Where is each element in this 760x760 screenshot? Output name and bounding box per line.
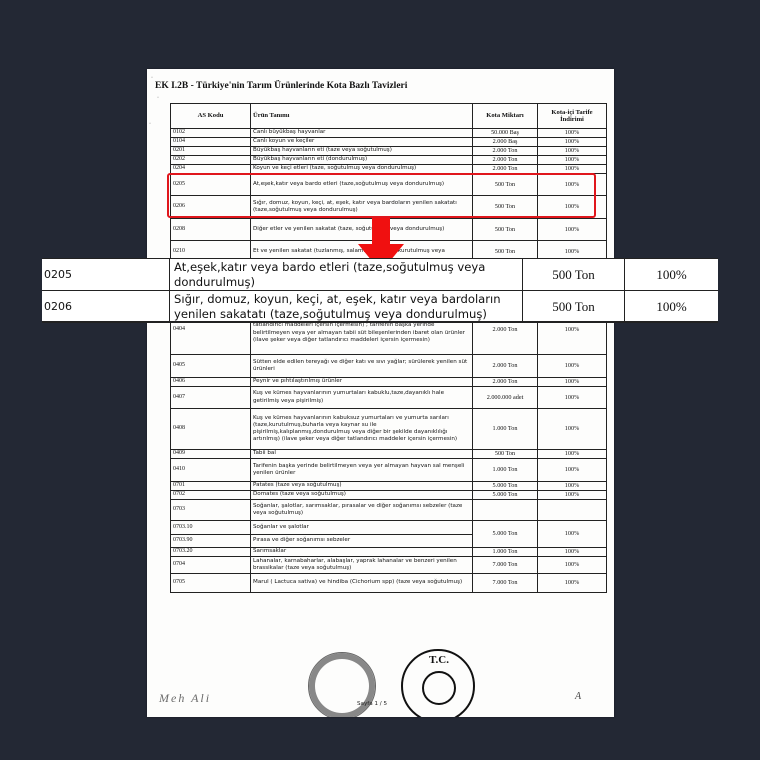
- cell-quota: 1.000 Ton: [473, 548, 538, 557]
- cell-tariff-reduction: 100%: [538, 138, 607, 147]
- page-number: Sayfa 1 / 5: [357, 701, 387, 707]
- table-row: 0406Peynir ve pıhtılaştırılmış ürünler2.…: [171, 378, 607, 387]
- table-body: 0102Canlı büyükbaş hayvanlar50.000 Baş10…: [171, 129, 607, 593]
- cell-product-description: Patates (taze veya soğutulmuş): [251, 482, 473, 491]
- table-row: 0206Sığır, domuz, koyun, keçi, at, eşek,…: [171, 196, 607, 219]
- cell-quota: 2.000 Ton: [473, 378, 538, 387]
- cell-tariff-reduction: 100%: [538, 450, 607, 459]
- cell-as-code: 0204: [171, 165, 251, 174]
- cell-tariff-reduction: 100%: [538, 459, 607, 482]
- quota-table: AS Kodu Ürün Tanımı Kota Miktarı Kota-iç…: [170, 103, 607, 593]
- cell-quota: 5.000 Ton: [473, 521, 538, 548]
- cell-quota: 5.000 Ton: [473, 491, 538, 500]
- cell-quota: 500 Ton: [473, 219, 538, 241]
- table-row: 0102Canlı büyükbaş hayvanlar50.000 Baş10…: [171, 129, 607, 138]
- table-row: 0703.20Sarımsaklar1.000 Ton100%: [171, 548, 607, 557]
- cell-quota: 50.000 Baş: [473, 129, 538, 138]
- cell-as-code: 0206: [171, 196, 251, 219]
- table-row: 0702Domates (taze veya soğutulmuş)5.000 …: [171, 491, 607, 500]
- cell-product-description: Büyükbaş hayvanların eti (taze veya soğu…: [251, 147, 473, 156]
- table-row: 0201Büyükbaş hayvanların eti (taze veya …: [171, 147, 607, 156]
- cell-tariff-reduction: [538, 500, 607, 521]
- cell-as-code: 0701: [171, 482, 251, 491]
- cell-product-description: Soğanlar ve şalotlar: [251, 521, 473, 535]
- table-row: 0703.10Soğanlar ve şalotlar5.000 Ton100%: [171, 521, 607, 535]
- cell-tariff-reduction: 100%: [538, 521, 607, 548]
- crescent-star-emblem: [422, 671, 456, 705]
- table-header-row: AS Kodu Ürün Tanımı Kota Miktarı Kota-iç…: [171, 104, 607, 129]
- cell-product-description: Peynir ve pıhtılaştırılmış ürünler: [251, 378, 473, 387]
- cell-product-description: Domates (taze veya soğutulmuş): [251, 491, 473, 500]
- column-header-as-code: AS Kodu: [171, 104, 251, 129]
- cell-product-description: Canlı koyun ve keçiler: [251, 138, 473, 147]
- column-header-product: Ürün Tanımı: [251, 104, 473, 129]
- cell-as-code: 0703.10: [171, 521, 251, 535]
- cell-tariff-reduction: 100%: [538, 548, 607, 557]
- cell-quota: 2.000.000 adet: [473, 387, 538, 409]
- table-row: 0703Soğanlar, şalotlar, sarımsaklar, pır…: [171, 500, 607, 521]
- table-row: 0410Tarifenin başka yerinde belirtilmeye…: [171, 459, 607, 482]
- cell-as-code: 0704: [171, 557, 251, 574]
- round-seal-stamp: [308, 652, 376, 717]
- table-row: 0409Tabii bal500 Ton100%: [171, 450, 607, 459]
- cell-as-code: 0104: [171, 138, 251, 147]
- cell-product-description: Koyun ve keçi etleri (taze, soğutulmuş v…: [251, 165, 473, 174]
- cell-tariff-reduction: 100%: [538, 574, 607, 593]
- table-row: 0705Marul ( Lactuca sativa) ve hindiba (…: [171, 574, 607, 593]
- cell-quota: 2.000 Ton: [473, 165, 538, 174]
- zoomed-code: 0205: [42, 259, 170, 290]
- column-header-quota: Kota Miktarı: [473, 104, 538, 129]
- zoomed-code: 0206: [42, 291, 170, 322]
- cell-product-description: Sarımsaklar: [251, 548, 473, 557]
- cell-tariff-reduction: 100%: [538, 219, 607, 241]
- cell-tariff-reduction: 100%: [538, 196, 607, 219]
- cell-as-code: 0407: [171, 387, 251, 409]
- table-row: 0407Kuş ve kümes hayvanlarının yumurtala…: [171, 387, 607, 409]
- cell-tariff-reduction: 100%: [538, 387, 607, 409]
- cell-tariff-reduction: 100%: [538, 409, 607, 450]
- cell-product-description: Sütten elde edilen tereyağı ve diğer kat…: [251, 355, 473, 378]
- cell-product-description: Tarifenin başka yerinde belirtilmeyen ve…: [251, 459, 473, 482]
- cell-as-code: 0201: [171, 147, 251, 156]
- cell-product-description: Kuş ve kümes hayvanlarının yumurtaları k…: [251, 387, 473, 409]
- cell-tariff-reduction: 100%: [538, 165, 607, 174]
- cell-as-code: 0409: [171, 450, 251, 459]
- cell-tariff-reduction: 100%: [538, 482, 607, 491]
- cell-quota: 1.000 Ton: [473, 409, 538, 450]
- cell-product-description: Sığır, domuz, koyun, keçi, at, eşek, kat…: [251, 196, 473, 219]
- cell-as-code: 0205: [171, 174, 251, 196]
- cell-quota: 500 Ton: [473, 450, 538, 459]
- zoomed-description: At,eşek,katır veya bardo etleri (taze,so…: [170, 259, 523, 290]
- zoomed-tariff-reduction: 100%: [625, 291, 718, 322]
- cell-tariff-reduction: 100%: [538, 491, 607, 500]
- table-row: 0205At,eşek,katır veya bardo etleri (taz…: [171, 174, 607, 196]
- cell-as-code: 0703.20: [171, 548, 251, 557]
- scanned-document-page: · · · EK I.2B - Türkiye'nin Tarım Ürünle…: [147, 69, 614, 717]
- cell-quota: 2.000 Ton: [473, 147, 538, 156]
- cell-product-description: Büyükbaş hayvanların eti (dondurulmuş): [251, 156, 473, 165]
- cell-tariff-reduction: 100%: [538, 557, 607, 574]
- column-header-tariff-reduction: Kota-içi Tarife İndirimi: [538, 104, 607, 129]
- table-row: 0104Canlı koyun ve keçiler2.000 Baş100%: [171, 138, 607, 147]
- cell-quota: 2.000 Ton: [473, 156, 538, 165]
- table-row: 0204Koyun ve keçi etleri (taze, soğutulm…: [171, 165, 607, 174]
- cell-as-code: 0408: [171, 409, 251, 450]
- signature-left: Meh Ali: [159, 691, 211, 706]
- cell-product-description: Pırasa ve diğer soğanımsı sebzeler: [251, 535, 473, 548]
- zoomed-description: Sığır, domuz, koyun, keçi, at, eşek, kat…: [170, 291, 523, 322]
- table-row: 0202Büyükbaş hayvanların eti (dondurulmu…: [171, 156, 607, 165]
- document-title: EK I.2B - Türkiye'nin Tarım Ürünlerinde …: [155, 81, 407, 91]
- cell-as-code: 0406: [171, 378, 251, 387]
- cell-as-code: 0410: [171, 459, 251, 482]
- cell-quota: 7.000 Ton: [473, 557, 538, 574]
- cell-quota: 500 Ton: [473, 196, 538, 219]
- cell-as-code: 0703: [171, 500, 251, 521]
- cell-product-description: Marul ( Lactuca sativa) ve hindiba (Cich…: [251, 574, 473, 593]
- cell-as-code: 0705: [171, 574, 251, 593]
- table-row: 0405Sütten elde edilen tereyağı ve diğer…: [171, 355, 607, 378]
- cell-quota: 7.000 Ton: [473, 574, 538, 593]
- cell-quota: 2.000 Ton: [473, 355, 538, 378]
- cell-product-description: At,eşek,katır veya bardo etleri (taze,so…: [251, 174, 473, 196]
- cell-tariff-reduction: 100%: [538, 378, 607, 387]
- cell-tariff-reduction: 100%: [538, 147, 607, 156]
- cell-product-description: Lahanalar, karnabaharlar, alabaşlar, yap…: [251, 557, 473, 574]
- seal-text: T.C.: [429, 654, 449, 666]
- cell-as-code: 0405: [171, 355, 251, 378]
- table-row: 0704Lahanalar, karnabaharlar, alabaşlar,…: [171, 557, 607, 574]
- cell-as-code: 0703.90: [171, 535, 251, 548]
- tc-official-seal-stamp: T.C.: [401, 649, 475, 717]
- table-row: 0701Patates (taze veya soğutulmuş)5.000 …: [171, 482, 607, 491]
- cell-quota: 5.000 Ton: [473, 482, 538, 491]
- cell-tariff-reduction: 100%: [538, 129, 607, 138]
- cell-tariff-reduction: 100%: [538, 156, 607, 165]
- zoomed-tariff-reduction: 100%: [625, 259, 718, 290]
- cell-product-description: Canlı büyükbaş hayvanlar: [251, 129, 473, 138]
- scan-speck: ·: [157, 95, 159, 101]
- zoomed-quota: 500 Ton: [523, 291, 625, 322]
- scan-speck: ·: [151, 75, 153, 81]
- cell-product-description: Tabii bal: [251, 450, 473, 459]
- scan-speck: ·: [149, 121, 151, 127]
- table-row: 0408Kuş ve kümes hayvanlarının kabuksuz …: [171, 409, 607, 450]
- cell-product-description: Soğanlar, şalotlar, sarımsaklar, pırasal…: [251, 500, 473, 521]
- cell-quota: 1.000 Ton: [473, 459, 538, 482]
- cell-quota: 2.000 Baş: [473, 138, 538, 147]
- cell-tariff-reduction: 100%: [538, 355, 607, 378]
- cell-product-description: Kuş ve kümes hayvanlarının kabuksuz yumu…: [251, 409, 473, 450]
- cell-tariff-reduction: 100%: [538, 174, 607, 196]
- cell-quota: 500 Ton: [473, 174, 538, 196]
- zoomed-highlight-strip: 0205 At,eşek,katır veya bardo etleri (ta…: [42, 258, 718, 323]
- zoomed-row-0206: 0206 Sığır, domuz, koyun, keçi, at, eşek…: [42, 291, 718, 322]
- zoomed-quota: 500 Ton: [523, 259, 625, 290]
- cell-as-code: 0208: [171, 219, 251, 241]
- cell-quota: [473, 500, 538, 521]
- cell-as-code: 0102: [171, 129, 251, 138]
- zoomed-row-0205: 0205 At,eşek,katır veya bardo etleri (ta…: [42, 259, 718, 291]
- signature-right: A: [575, 691, 581, 702]
- cell-as-code: 0702: [171, 491, 251, 500]
- cell-as-code: 0202: [171, 156, 251, 165]
